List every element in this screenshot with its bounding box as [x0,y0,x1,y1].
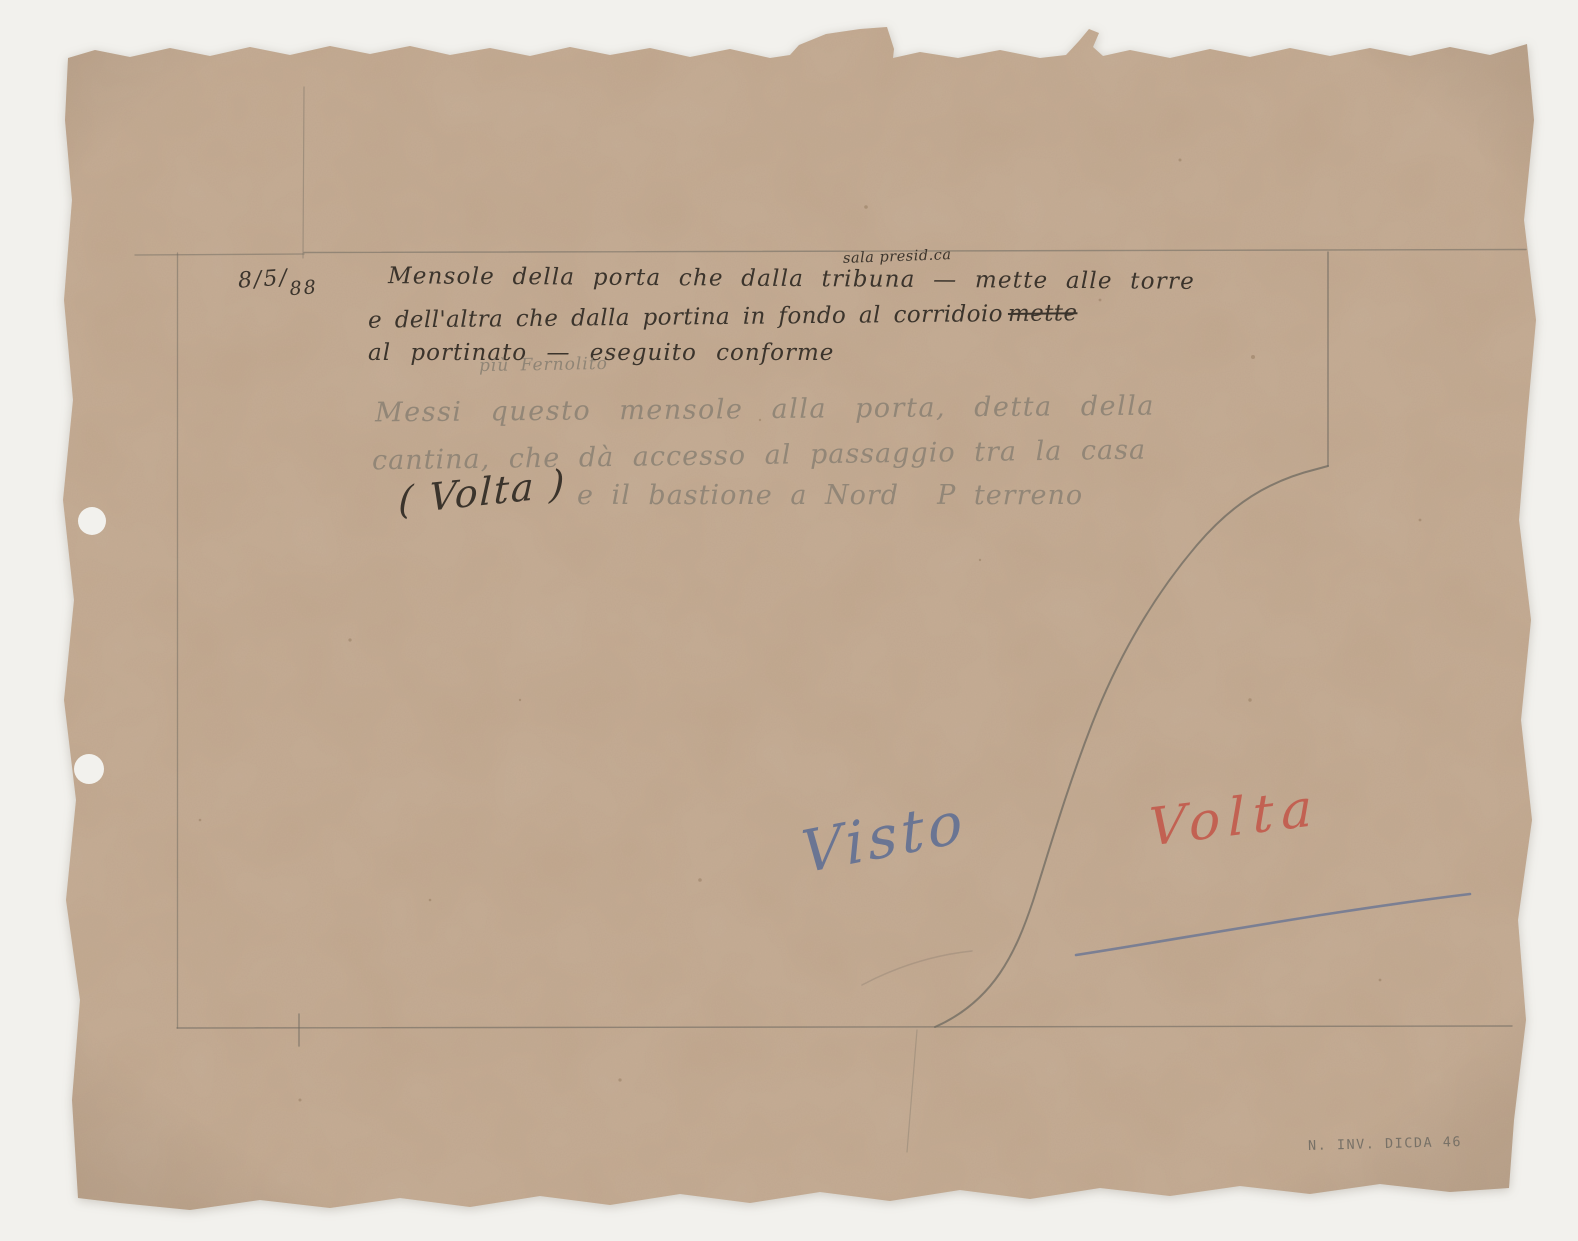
punch-hole-top [78,507,106,535]
punch-hole-bottom [74,754,104,784]
paper-texture [0,0,1578,1241]
paper-sheet-graphic [0,0,1578,1241]
scanned-document-page: 8/5/88 sala presid.ca Mensole della port… [0,0,1578,1241]
